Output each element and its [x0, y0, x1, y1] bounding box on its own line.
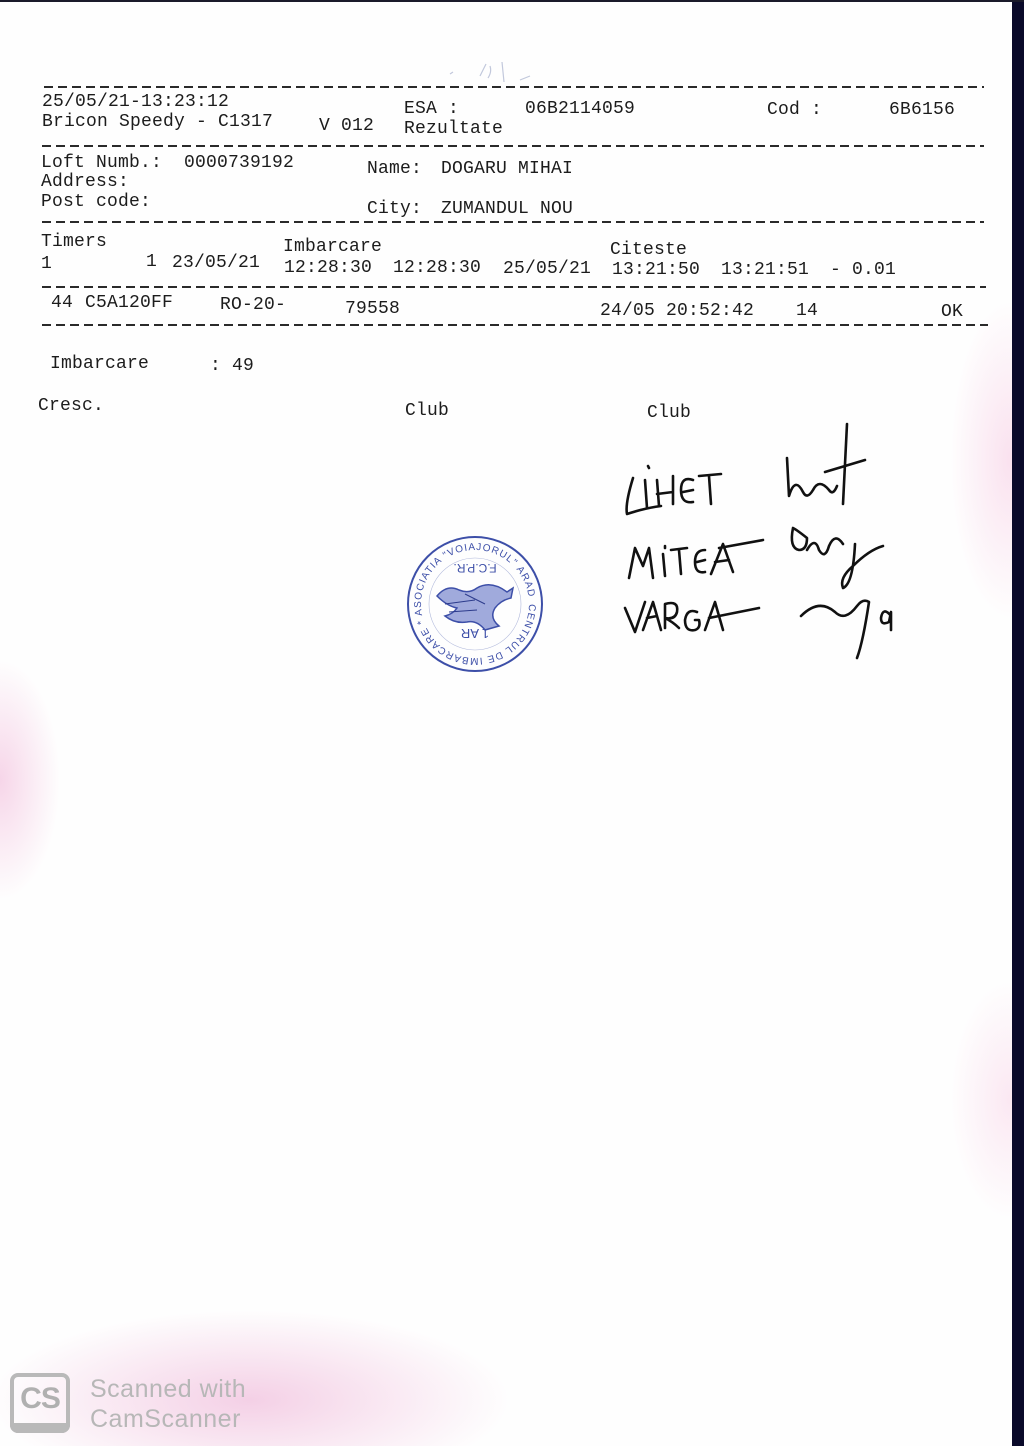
breeder-signature-label: Cresc.	[38, 396, 104, 416]
device-version: V 012	[319, 116, 374, 136]
svg-text:F.C.P.R.: F.C.P.R.	[453, 561, 496, 575]
club-stamp: CENTRUL DE IMBARCARE * ASOCIATIA "VOIAJO…	[405, 534, 545, 674]
result-arrival-time: 24/05 20:52:42	[600, 301, 754, 321]
fancier-name: DOGARU MIHAI	[441, 159, 573, 179]
divider	[42, 286, 986, 288]
imbarcare-date: 23/05/21	[172, 253, 260, 273]
summary-imbarcare-label: Imbarcare	[50, 354, 149, 374]
print-timestamp: 25/05/21-13:23:12	[42, 92, 229, 112]
imbarcare-header: Imbarcare	[283, 237, 382, 257]
postcode-label: Post code:	[41, 192, 151, 212]
scanned-document-page: 25/05/21-13:23:12 Bricon Speedy - C1317 …	[0, 0, 1012, 1446]
result-chip-id: C5A120FF	[85, 293, 173, 313]
result-ring-prefix: RO-20-	[220, 295, 286, 315]
timer-row-index: 1	[41, 254, 52, 274]
clock-deviation: - 0.01	[830, 260, 896, 280]
cod-label: Cod :	[767, 100, 822, 120]
divider	[42, 145, 984, 147]
loft-label: Loft Numb.:	[41, 153, 162, 173]
report-type: Rezultate	[404, 119, 503, 139]
result-ring-number: 79558	[345, 299, 400, 319]
result-status: OK	[941, 302, 963, 322]
divider	[44, 86, 984, 88]
divider	[42, 221, 984, 223]
imbarcare-time-2: 12:28:30	[393, 258, 481, 278]
device-name: Bricon Speedy - C1317	[42, 112, 273, 132]
city-value: ZUMANDUL NOU	[441, 199, 573, 219]
name-label: Name:	[367, 159, 422, 179]
watermark-line-1: Scanned with	[90, 1375, 246, 1403]
summary-imbarcare-value: : 49	[210, 356, 254, 376]
scan-edge-border	[1012, 0, 1024, 1446]
citeste-header: Citeste	[610, 240, 687, 260]
club-signature-label-1: Club	[405, 401, 449, 421]
scan-top-border	[0, 0, 1024, 2]
cod-value: 6B6156	[889, 100, 955, 120]
result-position: 44	[51, 293, 73, 313]
watermark-line-2: CamScanner	[90, 1405, 241, 1433]
result-count: 14	[796, 301, 818, 321]
esa-value: 06B2114059	[525, 99, 635, 119]
loft-number: 0000739192	[184, 153, 294, 173]
imbarcare-time-1: 12:28:30	[284, 258, 372, 278]
divider	[42, 324, 988, 326]
citeste-date: 25/05/21	[503, 259, 591, 279]
handwritten-signatures	[615, 420, 915, 660]
city-label: City:	[367, 199, 422, 219]
scanned-with-text: Scanned with CamScanner	[90, 1374, 246, 1434]
citeste-time-1: 13:21:50	[612, 260, 700, 280]
esa-label: ESA :	[404, 99, 459, 119]
citeste-time-2: 13:21:51	[721, 260, 809, 280]
timers-title: Timers	[41, 232, 107, 252]
timer-id: 1	[146, 252, 157, 272]
camscanner-logo-icon: CS	[10, 1373, 70, 1433]
address-label: Address:	[41, 172, 129, 192]
